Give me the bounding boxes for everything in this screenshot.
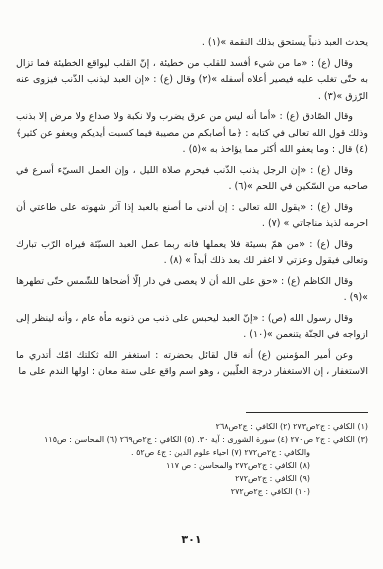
footnote-line: (١٠) الكافي : ج٢ص٢٧٢	[6, 485, 368, 498]
footnote-line: (٩) الكافي : ج٢ص٢٧٢	[6, 472, 368, 485]
footnote-line: (٨) الكافي : ج٢ص٢٧٢ والمحاسن : ص ١١٧	[6, 459, 368, 472]
footnote-separator	[246, 412, 368, 413]
footnotes-block: (١) الكافي : ج٢ص٢٧٣ (٢) الكافي : ج٢ص٢٦٨ …	[6, 412, 368, 498]
footnote-line: (٣) الكافي : ج٢ ص٢٧٠ (٤) سورة الشورى : آ…	[6, 433, 368, 446]
paragraph-hadith: وقال (ع) : «ما من شيء أفسد للقلب من خطيئ…	[16, 56, 368, 106]
paragraph-hadith-kazim: وقال الكاظم (ع) : «حق على الله أن لا يعص…	[16, 274, 368, 307]
body-text: يحدث العبد ذنباً يستحق بذلك النقمة »(١) …	[16, 35, 368, 385]
footnote-line: (١) الكافي : ج٢ص٢٧٣ (٢) الكافي : ج٢ص٢٦٨	[6, 420, 368, 433]
paragraph-hadith: وقال (ع) : «من همّ بسيئة فلا يعملها فانه…	[16, 237, 368, 270]
footnote-line: والكافي : ج٢ص٢٧٢ (٧) احياء علوم الدين : …	[6, 446, 368, 459]
book-page: يحدث العبد ذنباً يستحق بذلك النقمة »(١) …	[0, 0, 383, 569]
page-number: ٣٠١	[0, 533, 383, 546]
paragraph-hadith: وقال (ع) : «يقول الله تعالى : إن أدنى ما…	[16, 200, 368, 233]
paragraph-hadith-sadiq: وقال الصّادق (ع) : «أما أنه ليس من عرق ي…	[16, 109, 368, 159]
paragraph-hadith-amir: وعن أمير المؤمنين (ع) أنه قال لقائل بحضر…	[16, 348, 368, 381]
paragraph-continuation: يحدث العبد ذنباً يستحق بذلك النقمة »(١) …	[16, 35, 368, 52]
paragraph-hadith-prophet: وقال رسول الله (ص) : «إنّ العبد ليحبس عل…	[16, 311, 368, 344]
paragraph-hadith: وقال (ع) : «إن الرجل يذنب الذّنب فيحرم ص…	[16, 163, 368, 196]
